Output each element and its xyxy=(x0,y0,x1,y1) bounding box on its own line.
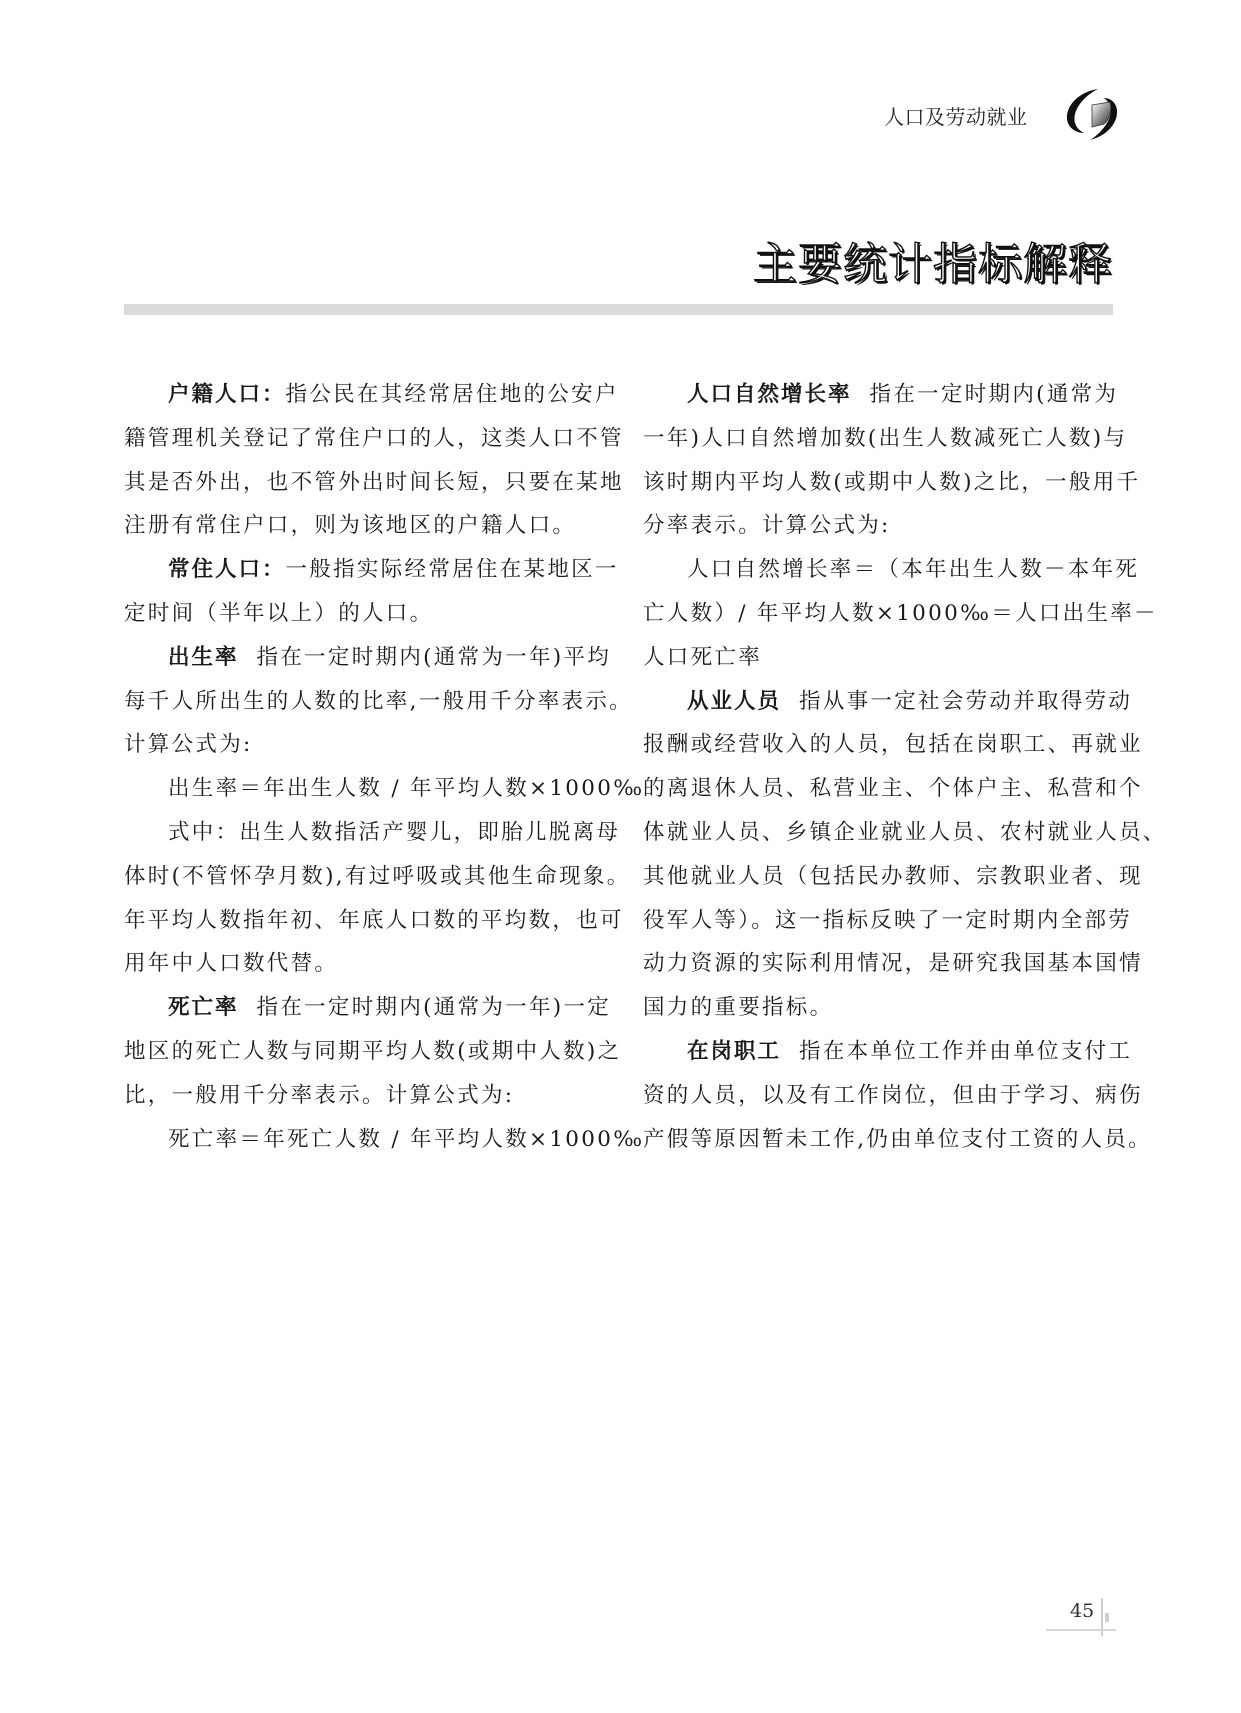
definition-text: 指从事一定社会劳动并取得劳动 xyxy=(799,689,1132,714)
definition-text: 指在一定时期内(通常为一年)平均 xyxy=(257,645,612,670)
text-line: 该时期内平均人数(或期中人数)之比，一般用千 xyxy=(643,469,1105,513)
text-line: 式中：出生人数指活产婴儿，即胎儿脱离母 xyxy=(124,819,586,863)
formula-death-rate: 死亡率＝年死亡人数 / 年平均人数×1000‰ xyxy=(124,1126,586,1170)
formula-natural-growth-rate: 亡人数）/ 年平均人数×1000‰＝人口出生率－ xyxy=(643,600,1105,644)
text-line: 户籍人口：指公民在其经常居住地的公安户 xyxy=(124,381,586,425)
page-number: 45 xyxy=(1070,1600,1094,1622)
term-registered-population: 户籍人口： xyxy=(168,382,286,407)
text-line: 计算公式为: xyxy=(124,731,586,775)
text-line: 动力资源的实际利用情况，是研究我国基本国情 xyxy=(643,950,1105,994)
text-line: 体时(不管怀孕月数),有过呼吸或其他生命现象。 xyxy=(124,863,586,907)
text-line: 每千人所出生的人数的比率,一般用千分率表示。 xyxy=(124,688,586,732)
title-divider xyxy=(124,304,1113,315)
text-line: 定时间（半年以上）的人口。 xyxy=(124,600,586,644)
term-resident-population: 常住人口： xyxy=(168,557,286,582)
text-line: 人口自然增长率指在一定时期内(通常为 xyxy=(643,381,1105,425)
definition-text: 指在一定时期内(通常为 xyxy=(870,382,1119,407)
running-head: 人口及劳动就业 xyxy=(884,101,1028,130)
text-line: 分率表示。计算公式为: xyxy=(643,512,1105,556)
definition-text: 指在一定时期内(通常为一年)一定 xyxy=(257,995,612,1020)
term-birth-rate: 出生率 xyxy=(168,645,239,670)
folio-horizontal-rule xyxy=(1046,1629,1116,1631)
text-line: 死亡率指在一定时期内(通常为一年)一定 xyxy=(124,994,586,1038)
text-line: 用年中人口数代替。 xyxy=(124,950,586,994)
text-line: 的离退休人员、私营业主、个体户主、私营和个 xyxy=(643,775,1105,819)
text-line: 役军人等）。这一指标反映了一定时期内全部劳 xyxy=(643,907,1105,951)
definition-text: 指公民在其经常居住地的公安户 xyxy=(286,382,619,407)
text-line: 资的人员，以及有工作岗位，但由于学习、病伤 xyxy=(643,1082,1105,1126)
text-line: 产假等原因暂未工作,仍由单位支付工资的人员。 xyxy=(643,1126,1105,1170)
formula-natural-growth-rate: 人口死亡率 xyxy=(643,644,1105,688)
text-line: 一年)人口自然增加数(出生人数减死亡人数)与 xyxy=(643,425,1105,469)
statistics-bureau-logo-icon xyxy=(1064,86,1120,142)
text-line: 比，一般用千分率表示。计算公式为: xyxy=(124,1082,586,1126)
page-title: 主要统计指标解释 xyxy=(753,228,1113,292)
text-line: 在岗职工指在本单位工作并由单位支付工 xyxy=(643,1038,1105,1082)
text-line: 报酬或经营收入的人员，包括在岗职工、再就业 xyxy=(643,731,1105,775)
formula-birth-rate: 出生率＝年出生人数 / 年平均人数×1000‰ xyxy=(124,775,586,819)
text-line: 年平均人数指年初、年底人口数的平均数，也可 xyxy=(124,907,586,951)
definition-text: 指在本单位工作并由单位支付工 xyxy=(799,1039,1132,1064)
text-line: 籍管理机关登记了常住户口的人，这类人口不管 xyxy=(124,425,586,469)
text-line: 常住人口：一般指实际经常居住在某地区一 xyxy=(124,556,586,600)
text-line: 国力的重要指标。 xyxy=(643,994,1105,1038)
text-line: 出生率指在一定时期内(通常为一年)平均 xyxy=(124,644,586,688)
right-column: 人口自然增长率指在一定时期内(通常为 一年)人口自然增加数(出生人数减死亡人数)… xyxy=(643,381,1105,1169)
text-line: 从业人员指从事一定社会劳动并取得劳动 xyxy=(643,688,1105,732)
term-on-post-staff: 在岗职工 xyxy=(687,1039,781,1064)
term-death-rate: 死亡率 xyxy=(168,995,239,1020)
term-natural-growth-rate: 人口自然增长率 xyxy=(687,382,852,407)
text-line: 注册有常住户口，则为该地区的户籍人口。 xyxy=(124,512,586,556)
text-line: 其他就业人员（包括民办教师、宗教职业者、现 xyxy=(643,863,1105,907)
formula-natural-growth-rate: 人口自然增长率＝（本年出生人数－本年死 xyxy=(643,556,1105,600)
term-employed-persons: 从业人员 xyxy=(687,689,781,714)
text-line: 体就业人员、乡镇企业就业人员、农村就业人员、 xyxy=(643,819,1105,863)
text-line: 地区的死亡人数与同期平均人数(或期中人数)之 xyxy=(124,1038,586,1082)
folio-mark xyxy=(1105,1613,1109,1622)
definition-text: 一般指实际经常居住在某地区一 xyxy=(286,557,619,582)
text-line: 其是否外出，也不管外出时间长短，只要在某地 xyxy=(124,469,586,513)
left-column: 户籍人口：指公民在其经常居住地的公安户 籍管理机关登记了常住户口的人，这类人口不… xyxy=(124,381,586,1169)
